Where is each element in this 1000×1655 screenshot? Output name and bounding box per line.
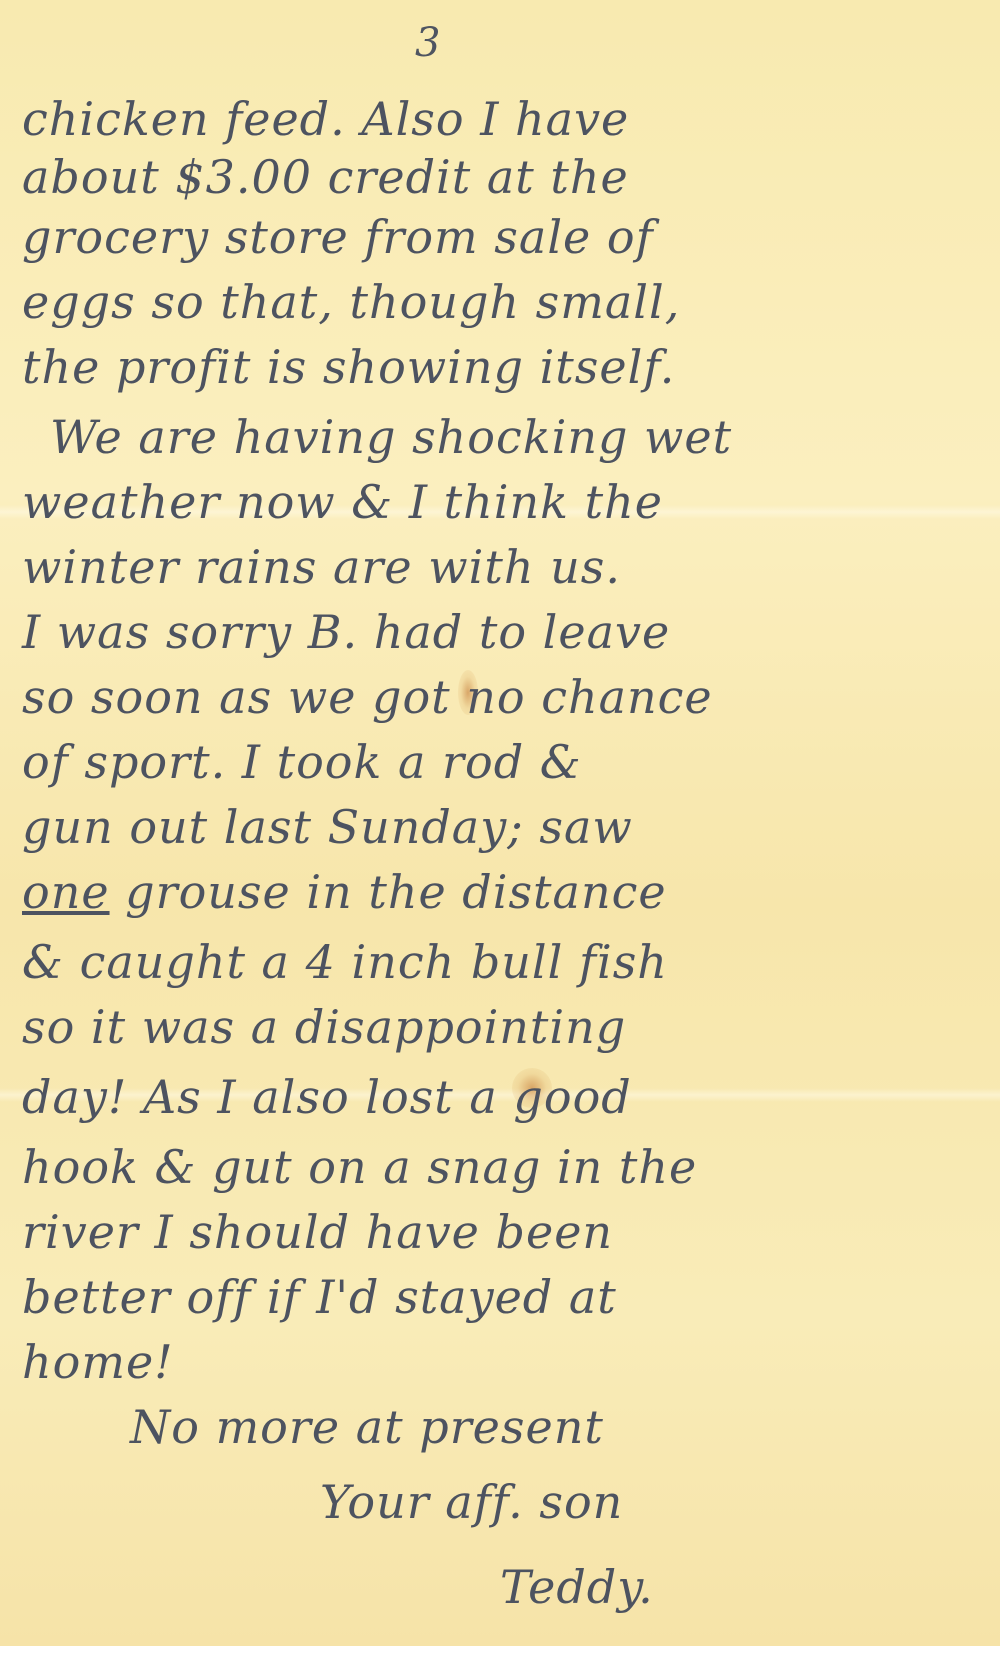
letter-line: winter rains are with us. bbox=[22, 540, 621, 594]
letter-line: river I should have been bbox=[22, 1205, 613, 1259]
page-number: 3 bbox=[415, 20, 440, 66]
letter-line: of sport. I took a rod & bbox=[22, 735, 582, 789]
closing-salutation: Your aff. son bbox=[320, 1475, 623, 1529]
letter-line: home! bbox=[22, 1335, 174, 1389]
letter-line: hook & gut on a snag in the bbox=[22, 1140, 697, 1194]
letter-line: so soon as we got no chance bbox=[22, 670, 713, 724]
letter-line: about $3.00 credit at the bbox=[22, 150, 629, 204]
underlined-word: one bbox=[22, 865, 110, 919]
letter-line: weather now & I think the bbox=[22, 475, 663, 529]
letter-line: so it was a disappointing bbox=[22, 1000, 626, 1054]
signature: Teddy. bbox=[500, 1560, 654, 1614]
letter-line: day! As I also lost a good bbox=[22, 1070, 632, 1124]
letter-line: We are having shocking wet bbox=[50, 410, 732, 464]
closing-line: No more at present bbox=[130, 1400, 604, 1454]
letter-page: 3 chicken feed. Also I have about $3.00 … bbox=[0, 0, 1000, 1646]
letter-line: better off if I'd stayed at bbox=[22, 1270, 617, 1324]
letter-line: I was sorry B. had to leave bbox=[22, 605, 670, 659]
letter-line: grocery store from sale of bbox=[22, 210, 654, 264]
letter-line: & caught a 4 inch bull fish bbox=[22, 935, 668, 989]
letter-line: gun out last Sunday; saw bbox=[22, 800, 633, 854]
letter-line: the profit is showing itself. bbox=[22, 340, 675, 394]
letter-line: eggs so that, though small, bbox=[22, 275, 680, 329]
letter-line: chicken feed. Also I have bbox=[22, 92, 629, 146]
letter-line: one grouse in the distance bbox=[22, 865, 667, 919]
